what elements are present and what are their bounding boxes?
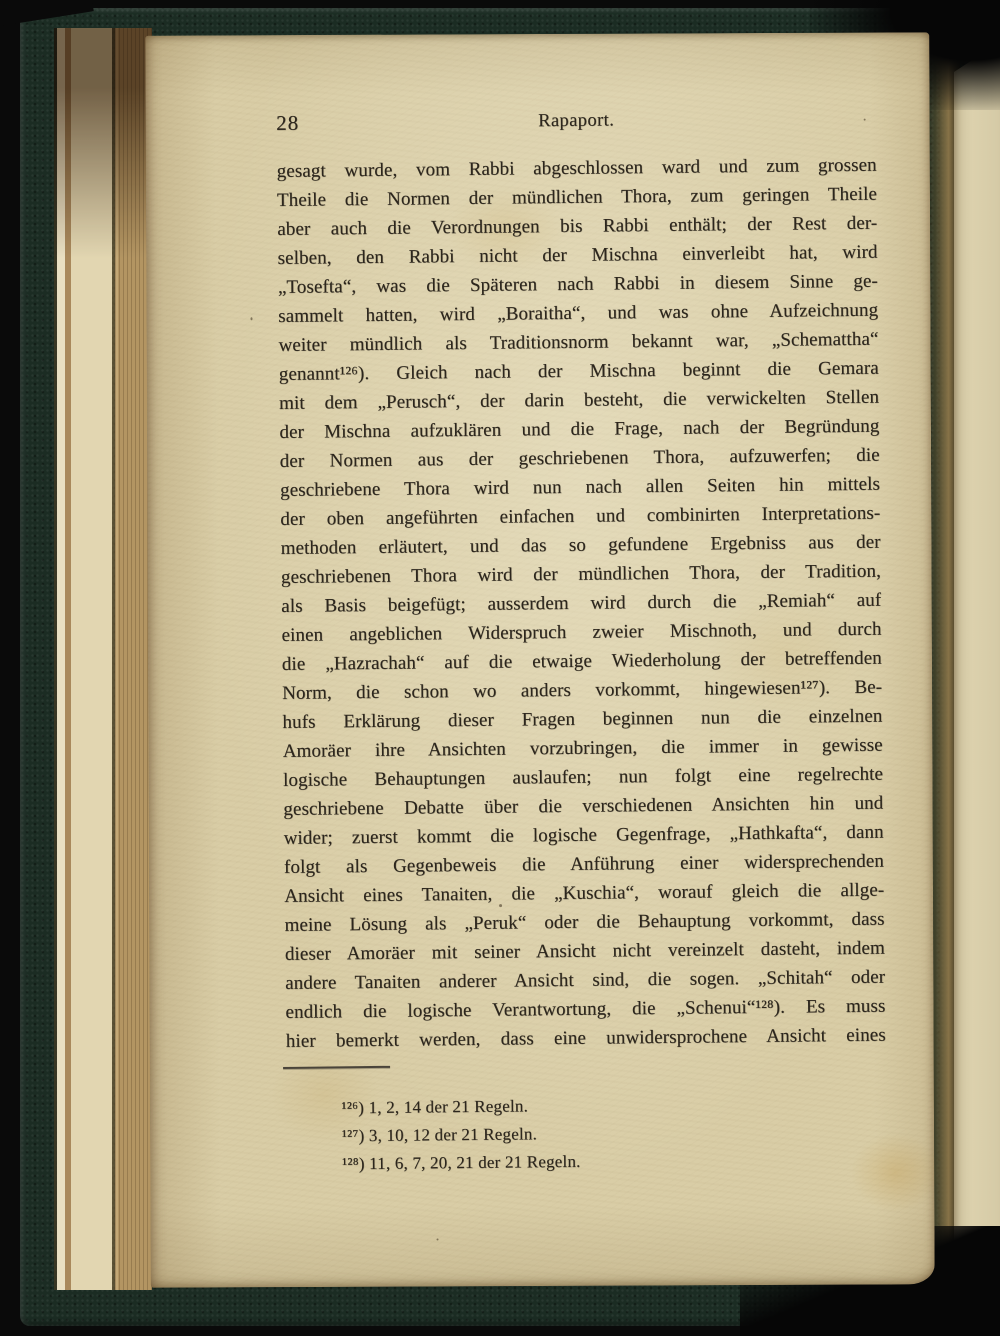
dust-speck bbox=[251, 317, 253, 320]
dust-speck bbox=[437, 1238, 439, 1240]
running-header: 28 Rapaport. bbox=[276, 105, 876, 141]
page-edges-left bbox=[54, 28, 152, 1290]
text-line: hier bemerkt werden, dass eine unwidersp… bbox=[286, 1021, 886, 1056]
next-page-edge bbox=[954, 42, 1000, 1288]
book-photo: 28 Rapaport. gesagt wurde, vom Rabbi abg… bbox=[0, 0, 1000, 1336]
page-content: 28 Rapaport. gesagt wurde, vom Rabbi abg… bbox=[275, 31, 888, 1237]
book-page: 28 Rapaport. gesagt wurde, vom Rabbi abg… bbox=[145, 32, 934, 1287]
footnote-line: ¹²⁸) 11, 6, 7, 20, 21 der 21 Regeln. bbox=[287, 1145, 887, 1179]
footnotes: ¹²⁶) 1, 2, 14 der 21 Regeln.¹²⁷) 3, 10, … bbox=[286, 1089, 887, 1179]
body-text: gesagt wurde, vom Rabbi abgeschlossen wa… bbox=[277, 151, 886, 1056]
gutter-top-streaks bbox=[54, 28, 152, 288]
running-head: Rapaport. bbox=[276, 108, 876, 135]
footnote-separator bbox=[283, 1066, 390, 1069]
